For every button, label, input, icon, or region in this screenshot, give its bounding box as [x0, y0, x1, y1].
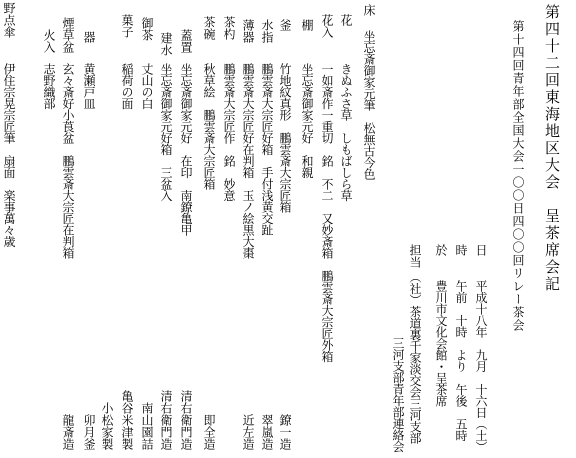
utensil-label: 器: [83, 31, 95, 43]
utensil-item: 茶碗秋草絵 鵬雲斎大宗匠箱即全造: [201, 0, 217, 458]
utensil-item: 建水坐忘斎御家元好箱 三盆入清右衛門造: [158, 0, 174, 458]
event-info-label: 於: [435, 244, 447, 256]
utensil-description: 一如斎作一重切 銘 不二 又妙斎箱 鵬雲斎大宗匠外箱: [321, 63, 333, 362]
utensil-description: 稲荷の面: [121, 63, 133, 109]
event-info-label: 日: [475, 244, 487, 256]
utensil-description: 坐忘斎御家元好 和親: [301, 63, 313, 178]
utensil-item: 床坐忘斎御家元筆 松無古今色: [361, 0, 377, 458]
utensil-item: 釜竹地紋真形 鵬雲斎大宗匠箱鐐一造: [277, 0, 293, 458]
utensil-description: 伊住宗晃宗匠筆 扇面 楽事萬々歳: [3, 63, 15, 247]
utensil-item: 蓋置坐忘斎御家元好 在印 南鐐亀甲清右衛門造: [178, 0, 194, 458]
utensil-label: 床: [363, 4, 375, 16]
utensil-item: 器黄瀬戸皿卯月釜: [81, 0, 97, 458]
utensil-item: 煙草盆玄々斎好小莨盆 鵬雲斎大宗匠在判箱龍斎造: [60, 0, 76, 458]
event-info-line: 時午前 十時 より 午後 五時: [453, 0, 469, 458]
utensil-description: 坐忘斎御家元好 在印 南鐐亀甲: [180, 63, 192, 236]
utensil-item: 花入一如斎作一重切 銘 不二 又妙斎箱 鵬雲斎大宗匠外箱: [319, 0, 335, 458]
utensil-description: 志野織部: [43, 63, 55, 109]
utensil-label: 棚: [301, 19, 313, 31]
utensil-label: 蓋置: [180, 29, 192, 53]
utensil-maker: 龍斎造: [62, 414, 74, 450]
utensil-item: 茶杓鵬雲斎大宗匠作 銘 妙意: [221, 0, 237, 458]
utensil-label: 煙草盆: [62, 17, 74, 53]
utensil-label: 水指: [261, 19, 273, 43]
utensil-item: 薄器鵬雲斎大宗匠好在判箱 玉ノ絵黒大棗近左造: [240, 0, 256, 458]
utensil-item: 火入志野織部: [41, 0, 57, 458]
event-info-line: 日平成十八年 九月 十六日（土）: [473, 0, 489, 458]
utensil-maker: 卯月釜: [83, 414, 95, 450]
utensil-description: 鵬雲斎大宗匠作 銘 妙意: [223, 63, 235, 201]
utensil-label: 御茶: [141, 17, 153, 41]
event-info-line: 三河支部青年部連絡会: [390, 0, 406, 458]
utensil-maker: 翠嵐造: [261, 414, 273, 450]
utensil-item: 水指鵬雲斎大宗匠好箱 手付浅黄交趾翠嵐造: [259, 0, 275, 458]
utensil-description: 丈山の白: [141, 63, 153, 109]
utensil-label: 火入: [43, 29, 55, 53]
utensil-description: 鵬雲斎大宗匠好在判箱 玉ノ絵黒大棗: [242, 63, 254, 259]
document-title: 第四十二回東海地区大会 呈茶席会記: [543, 4, 558, 293]
utensil-description: 坐忘斎御家元筆 松無古今色: [363, 30, 375, 180]
utensil-label: 釜: [279, 19, 291, 31]
utensil-maker: 即全造: [203, 414, 215, 450]
utensil-item: 花きぬふさ草 しもばしら草: [338, 0, 354, 458]
utensil-label: 花入: [321, 14, 333, 38]
event-info-value: 三河支部青年部連絡会: [392, 337, 404, 452]
utensil-label: 茶杓: [223, 16, 235, 40]
utensil-description: きぬふさ草 しもばしら草: [340, 63, 352, 201]
utensil-maker: 小松家製: [101, 402, 113, 450]
utensil-label: 茶碗: [203, 16, 215, 40]
utensil-description: 玄々斎好小莨盆 鵬雲斎大宗匠在判箱: [62, 63, 74, 259]
event-info-value: 平成十八年 九月 十六日（土）: [475, 280, 487, 453]
event-info-value: （社）茶道裏千家淡交会三河支部: [409, 271, 421, 444]
utensil-label: 花: [340, 14, 352, 26]
utensil-item: 小松家製: [99, 0, 115, 458]
utensil-item: 御茶丈山の白南山園詰: [139, 0, 155, 458]
utensil-maker: 近左造: [242, 414, 254, 450]
utensil-item: 菓子稲荷の面亀谷米津製: [119, 0, 135, 458]
utensil-label: 建水: [160, 32, 172, 56]
utensil-item: 野点傘伊住宗晃宗匠筆 扇面 楽事萬々歳: [1, 0, 17, 458]
utensil-maker: 鐐一造: [279, 414, 291, 450]
utensil-label: 薄器: [242, 19, 254, 43]
event-info-label: 担当: [409, 244, 421, 268]
document-subtitle: 第十四回青年部全国大会一〇〇日四〇〇回リレー茶会: [512, 20, 524, 332]
event-info-line: 於豊川市文化会館・呈茶席: [433, 0, 449, 458]
utensil-maker: 亀谷米津製: [121, 390, 133, 450]
utensil-maker: 南山園詰: [141, 402, 153, 450]
utensil-label: 野点傘: [3, 2, 15, 38]
utensil-item: 棚坐忘斎御家元好 和親: [299, 0, 315, 458]
event-info-value: 午前 十時 より 午後 五時: [455, 280, 467, 441]
utensil-description: 竹地紋真形 鵬雲斎大宗匠箱: [279, 63, 291, 213]
utensil-description: 黄瀬戸皿: [83, 63, 95, 109]
utensil-label: 菓子: [121, 14, 133, 38]
event-info-label: 時: [455, 244, 467, 256]
utensil-description: 坐忘斎御家元好箱 三盆入: [160, 63, 172, 201]
event-info-value: 豊川市文化会館・呈茶席: [435, 280, 447, 407]
event-info-line: 担当（社）茶道裏千家淡交会三河支部: [407, 0, 423, 458]
utensil-maker: 清右衛門造: [180, 390, 192, 450]
utensil-description: 秋草絵 鵬雲斎大宗匠箱: [203, 63, 215, 190]
utensil-maker: 清右衛門造: [160, 390, 172, 450]
utensil-description: 鵬雲斎大宗匠好箱 手付浅黄交趾: [261, 63, 273, 236]
